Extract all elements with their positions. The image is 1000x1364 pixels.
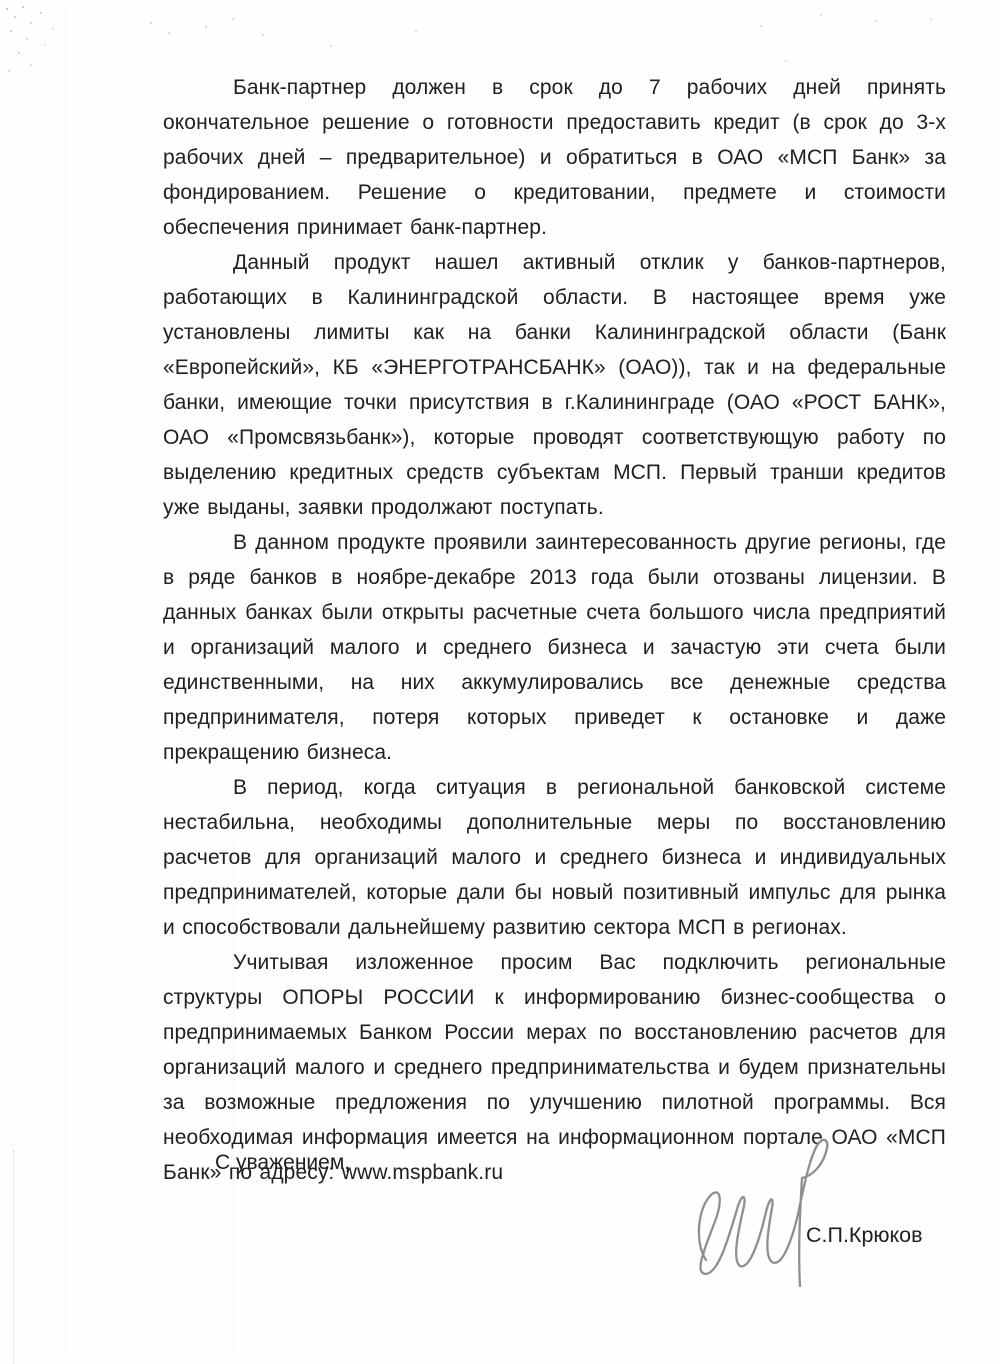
letter-paragraph-2: Данный продукт нашел активный отклик у б… (163, 245, 946, 525)
scan-speckle-noise (0, 0, 2, 2)
scan-dotted-line-artifact (65, 10, 66, 1354)
scanned-letter-page: Банк-партнер должен в срок до 7 рабочих … (0, 0, 1000, 1364)
letter-body: Банк-партнер должен в срок до 7 рабочих … (163, 70, 946, 1190)
handwritten-signature (682, 1120, 852, 1300)
letter-paragraph-4: В период, когда ситуация в региональной … (163, 770, 946, 945)
closing-salutation: С уважением, (215, 1148, 350, 1178)
signatory-name: С.П.Крюков (806, 1220, 923, 1250)
scan-dotted-line-artifact (13, 1150, 14, 1364)
letter-paragraph-1: Банк-партнер должен в срок до 7 рабочих … (163, 70, 946, 245)
letter-paragraph-3: В данном продукте проявили заинтересован… (163, 525, 946, 770)
